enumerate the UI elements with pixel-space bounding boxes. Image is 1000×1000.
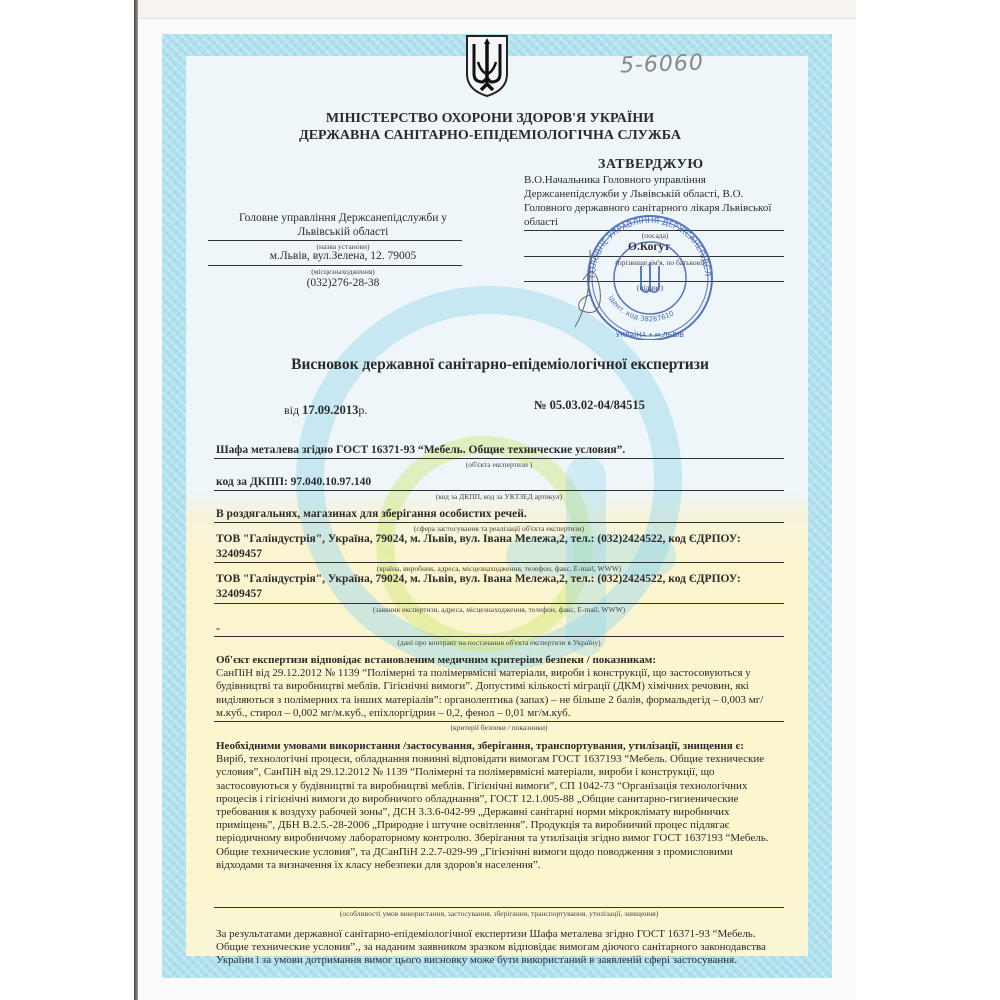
- divider: [214, 458, 784, 459]
- official-stamp: ГОЛОВНЕ УПРАВЛІННЯ ДЕРЖСАНЕПІДСЛУЖБИ У Л…: [575, 210, 725, 340]
- applicant: ТОВ "Галіндустрія", Україна, 79024, м. Л…: [216, 572, 782, 602]
- supply-contract-caption: (дані про контракт на постачання об'єкта…: [214, 638, 784, 647]
- issuer-name: Головне управління Держсанепідслужби у Л…: [226, 211, 460, 239]
- issuer-phone: (032)276-28-38: [226, 277, 460, 289]
- dkpp-code-caption: (код за ДКПП, код за УКТЗЕД артикул): [214, 492, 784, 501]
- svg-text:Ідент. код 38287610: Ідент. код 38287610: [607, 294, 676, 323]
- dkpp-code: код за ДКПП: 97.040.10.97.140: [216, 475, 782, 489]
- safety-criteria: Об'єкт експертизи відповідає встановлени…: [216, 654, 782, 720]
- stamp-id-code: Ідент. код 38287610: [607, 294, 676, 323]
- stamp-outer-text: ГОЛОВНЕ УПРАВЛІННЯ ДЕРЖСАНЕПІДСЛУЖБИ У Л…: [575, 210, 712, 278]
- divider: [214, 562, 784, 563]
- criteria-caption: (критерії безпеки / показники): [214, 723, 784, 732]
- criteria-text: СанПіН від 29.12.2012 № 1139 “Полімерні …: [216, 667, 763, 719]
- issuer-address-caption: (місцезнаходження): [226, 267, 460, 276]
- ministry-name: МІНІСТЕРСТВО ОХОРОНИ ЗДОРОВ'Я УКРАЇНИ: [250, 110, 730, 127]
- trident-icon: [463, 34, 511, 98]
- conditions-caption: (особливості умов використання, застосув…: [214, 909, 784, 918]
- document-number: № 05.03.02-04/84515: [534, 398, 645, 413]
- svg-text:ГОЛОВНЕ УПРАВЛІННЯ ДЕРЖСАНЕПІД: ГОЛОВНЕ УПРАВЛІННЯ ДЕРЖСАНЕПІДСЛУЖБИ У Л…: [575, 210, 712, 278]
- divider: [214, 907, 784, 908]
- date-value: 17.09.2013: [302, 403, 358, 417]
- divider: [214, 721, 784, 722]
- manufacturer: ТОВ "Галіндустрія", Україна, 79024, м. Л…: [216, 532, 782, 562]
- handwritten-note: 5-6060: [620, 51, 705, 79]
- divider: [208, 240, 462, 241]
- document-title: Висновок державної санітарно-епідеміолог…: [250, 356, 750, 374]
- approval-title: ЗАТВЕРДЖУЮ: [598, 157, 704, 173]
- issuer-address: м.Львів, вул.Зелена, 12. 79005: [226, 250, 460, 262]
- document-content: 5-6060 МІНІСТЕРСТВО ОХОРОНИ ЗДОРОВ'Я УКР…: [0, 0, 1000, 1000]
- divider: [214, 490, 784, 491]
- divider: [214, 603, 784, 604]
- date-prefix: від: [284, 403, 299, 417]
- applicant-caption: (заявник експертизи, адреса, місцезнаход…: [214, 605, 784, 614]
- divider: [208, 265, 462, 266]
- ministry-header: МІНІСТЕРСТВО ОХОРОНИ ЗДОРОВ'Я УКРАЇНИ ДЕ…: [250, 110, 730, 144]
- conditions-heading: Необхідними умовами використання /застос…: [216, 740, 744, 752]
- criteria-heading: Об'єкт експертизи відповідає встановлени…: [216, 654, 656, 666]
- document-date: від 17.09.2013р.: [284, 403, 367, 418]
- conditions-text: Виріб, технологічні процеси, обладнання …: [216, 753, 769, 871]
- expertise-object-caption: (об'єкта експертизи ): [214, 460, 784, 469]
- application-sphere: В роздягальнях, магазинах для зберігання…: [216, 507, 782, 521]
- conclusion: За результатами державної санітарно-епід…: [216, 928, 782, 968]
- stamp-bottom-text: УКРАЇНА • м.ЛЬВІВ: [616, 330, 684, 339]
- service-name: ДЕРЖАВНА САНІТАРНО-ЕПІДЕМІОЛОГІЧНА СЛУЖБ…: [250, 127, 730, 144]
- expertise-object: Шафа металева згідно ГОСТ 16371-93 “Мебе…: [216, 443, 782, 457]
- supply-contract: -: [216, 622, 782, 636]
- divider: [214, 522, 784, 523]
- divider: [214, 636, 784, 637]
- date-suffix: р.: [358, 403, 367, 417]
- usage-conditions: Необхідними умовами використання /застос…: [216, 740, 782, 872]
